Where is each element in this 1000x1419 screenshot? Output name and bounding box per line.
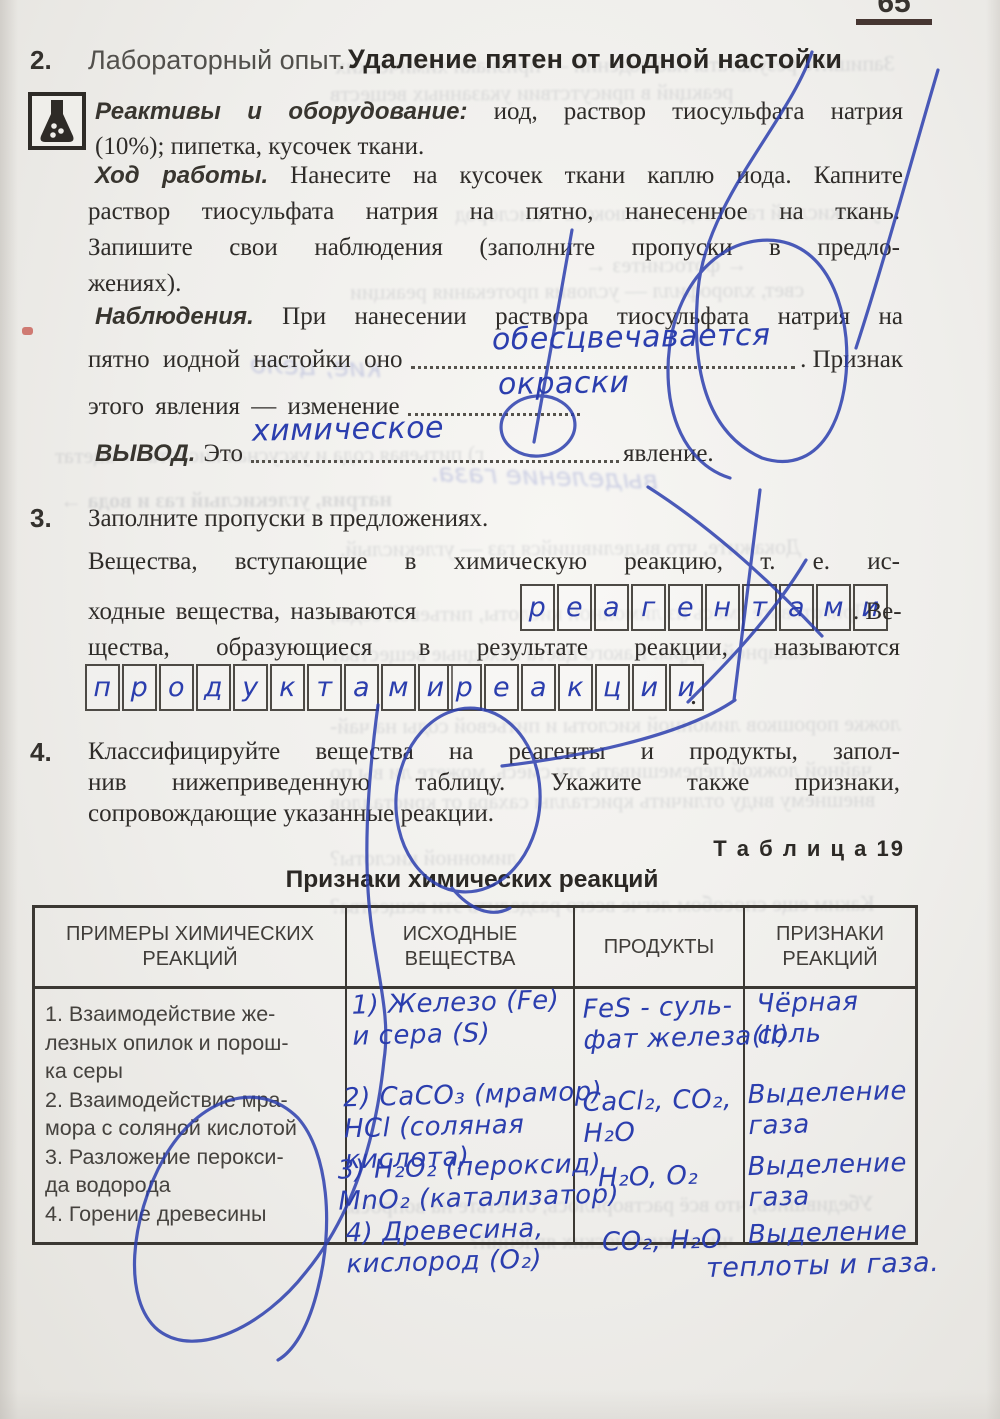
handwritten-letter: р [529, 592, 547, 623]
answer-letter-boxes-reagents[interactable]: реагентами [520, 584, 890, 631]
answer-letter-boxes-products-word1[interactable]: продуктами [85, 664, 455, 711]
handwritten-letter: м [388, 672, 409, 703]
task4-line2: нив нижеприведенную таблицу. Укажите так… [88, 769, 900, 797]
letter-box: е [668, 584, 703, 631]
col-header-products: ПРОДУКТЫ [575, 908, 743, 986]
handwritten-reagents-row3[interactable]: 3) H₂O₂ (пероксид) MnO₂ (катализатор) [337, 1148, 619, 1217]
col-header-reagents: ИСХОДНЫЕ ВЕЩЕСТВА [347, 908, 573, 986]
letter-box: у [233, 664, 268, 711]
handwritten-letter: у [242, 672, 258, 703]
letter-box: а [594, 584, 629, 631]
task2-label: Лабораторный опыт. [88, 45, 346, 76]
handwritten-letter: е [677, 592, 694, 623]
task3-line2-tail: . Ве- [853, 598, 902, 626]
scanned-workbook-page: Запишите результаты наблюдений — признак… [0, 0, 1000, 1419]
letter-box: е [557, 584, 592, 631]
task3-period: . [690, 680, 697, 712]
task2-number: 2. [30, 45, 52, 76]
task3-title: Заполните пропуски в предложениях. [88, 505, 488, 533]
answer-blank-line[interactable] [251, 458, 619, 463]
task3-line3: щества, образующиеся в результате реакци… [88, 634, 900, 662]
handwritten-reagents-row1[interactable]: 1) Железо (Fe) и сера (S) [351, 985, 560, 1052]
handwritten-letter: а [788, 592, 805, 623]
letter-box: ц [595, 664, 630, 711]
handwritten-letter: г [641, 592, 656, 623]
letter-box: г [631, 584, 666, 631]
handwritten-reagents-row4[interactable]: 4) Древесина, кислород (O₂) [345, 1213, 545, 1280]
reagents-line2: (10%); пипетка, кусочек ткани. [95, 133, 424, 161]
handwritten-letter: и [640, 672, 658, 703]
handwritten-letter: м [823, 592, 844, 623]
letter-box: а [344, 664, 379, 711]
letter-box: к [270, 664, 305, 711]
conclusion-label: ВЫВОД. [95, 440, 195, 468]
handwritten-letter: а [353, 672, 370, 703]
letter-box: е [484, 664, 519, 711]
handwritten-products-row2[interactable]: CaCl₂, CO₂, H₂O [582, 1084, 733, 1150]
handwritten-letter: р [456, 672, 474, 703]
handwritten-answer-chemical: химическое [252, 410, 445, 448]
letter-box: о [159, 664, 194, 711]
reaction-examples-list: 1. Взаимодействие же- лезных опилок и по… [45, 1000, 343, 1228]
handwritten-signs-row3[interactable]: Выделение газа [747, 1148, 908, 1214]
task2-title: Удаление пятен от иодной настойки [348, 44, 842, 75]
handwritten-letter: ц [603, 672, 622, 703]
reagents-line1: Реактивы и оборудование: иод, раствор ти… [95, 98, 903, 126]
letter-box: т [742, 584, 777, 631]
handwritten-letter: е [566, 592, 583, 623]
observations-label: Наблюдения. [95, 303, 254, 330]
margin-red-mark [22, 327, 33, 335]
task3-line2: ходные вещества, называются [88, 598, 416, 626]
handwritten-letter: р [131, 672, 149, 703]
handwritten-letter: е [493, 672, 510, 703]
handwritten-answer-color: окраски [498, 365, 630, 402]
procedure-line1: Ход работы. Нанесите на кусочек ткани ка… [95, 162, 903, 190]
handwritten-signs-row4[interactable]: Выделение [748, 1216, 908, 1251]
page-number: 65 [862, 0, 926, 20]
handwritten-signs-row1[interactable]: Чёрная соль [756, 987, 859, 1052]
handwritten-letter: п [93, 672, 111, 703]
letter-box: м [381, 664, 416, 711]
task3-line1: Вещества, вступающие в химическую реакци… [88, 548, 900, 576]
letter-box: м [816, 584, 851, 631]
handwritten-answer-bleaches: обесцвечавается [492, 318, 771, 358]
handwritten-letter: о [168, 672, 185, 703]
bleedthrough-text: ложке порошков лимонной кислоты и питьев… [330, 711, 901, 740]
letter-box: р [447, 664, 482, 711]
handwritten-signs-row2[interactable]: Выделение газа [747, 1076, 908, 1142]
letter-box: р [122, 664, 157, 711]
handwritten-products-row3[interactable]: H₂O, O₂ [598, 1161, 699, 1195]
col-header-examples: ПРИМЕРЫ ХИМИЧЕСКИХ РЕАКЦИЙ [35, 908, 345, 986]
letter-box: т [307, 664, 342, 711]
procedure-line3: Запишите свои наблюдения (заполните проп… [88, 234, 900, 262]
handwritten-letter: т [316, 672, 332, 703]
handwritten-letter: т [751, 592, 767, 623]
table-label: Т а б л и ц а 19 [713, 836, 905, 862]
handwritten-letter: д [204, 672, 223, 703]
letter-box: а [521, 664, 556, 711]
lab-flask-icon [28, 92, 86, 155]
letter-box: п [85, 664, 120, 711]
handwritten-letter: к [567, 672, 584, 703]
table-caption: Признаки химических реакций [32, 866, 912, 894]
col-header-signs: ПРИЗНАКИ РЕАКЦИЙ [745, 908, 915, 986]
reagents-label: Реактивы и оборудование: [95, 98, 468, 125]
letter-box: и [669, 664, 704, 711]
letter-box: д [196, 664, 231, 711]
procedure-label: Ход работы. [95, 162, 268, 189]
handwritten-letter: к [279, 672, 296, 703]
letter-box: н [705, 584, 740, 631]
task4-number: 4. [30, 737, 52, 768]
answer-letter-boxes-products-word2[interactable]: реакции [447, 664, 706, 711]
procedure-line2: раствор тиосульфата натрия на пятно, нан… [88, 198, 900, 226]
handwritten-letter: и [426, 672, 444, 703]
page-number-underline [856, 19, 932, 25]
task4-line3: сопровождающие указанные реакции. [88, 800, 494, 828]
bleedthrough-text: свет, хлорофилл — условия протекания реа… [350, 277, 804, 305]
letter-box: и [632, 664, 667, 711]
task3-number: 3. [30, 503, 52, 534]
handwritten-letter: а [530, 672, 547, 703]
handwritten-letter: а [603, 592, 620, 623]
handwritten-products-row4[interactable]: CO₂, H₂O [602, 1224, 723, 1258]
letter-box: к [558, 664, 593, 711]
handwritten-signs-row4-overflow[interactable]: теплоты и газа. [706, 1247, 940, 1284]
letter-box: р [520, 584, 555, 631]
task4-line1: Классифицируйте вещества на реагенты и п… [88, 738, 900, 766]
letter-box: а [779, 584, 814, 631]
procedure-line4: жениях). [88, 270, 181, 298]
handwritten-letter: н [713, 592, 731, 623]
